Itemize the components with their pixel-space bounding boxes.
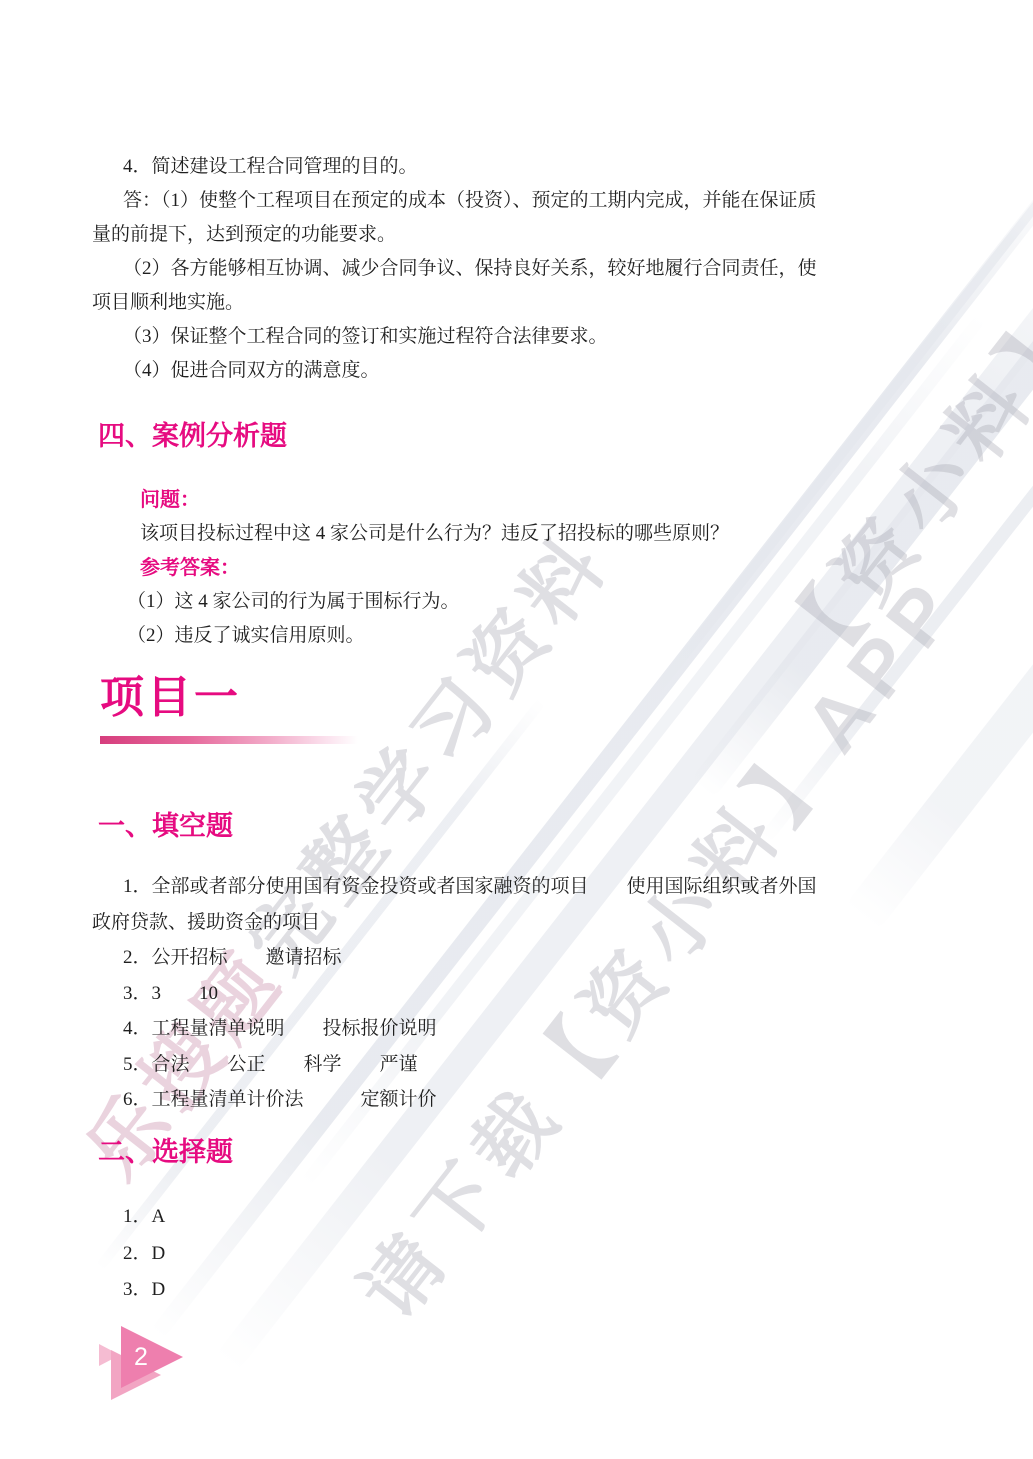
answer-line: 4．工程量清单说明 投标报价说明 xyxy=(92,1011,952,1047)
answer-line: 3．D xyxy=(92,1272,492,1309)
page-number: 2 xyxy=(124,1342,158,1372)
text-line: 项目顺利地实施。 xyxy=(92,286,952,320)
text-line: （3）保证整个工程合同的签订和实施过程符合法律要求。 xyxy=(92,320,952,354)
chapter-underline-bar xyxy=(100,736,358,744)
answer-line: 6．工程量清单计价法 定额计价 xyxy=(92,1082,952,1118)
question-text: 该项目投标过程中这 4 家公司是什么行为？违反了招投标的哪些原则？ xyxy=(140,517,952,551)
section-title-case-analysis: 四、案例分析题 xyxy=(98,416,287,456)
text-line: （2）各方能够相互协调、减少合同争议、保持良好关系，较好地履行合同责任，使 xyxy=(92,252,952,286)
text-line: （4）促进合同双方的满意度。 xyxy=(92,354,952,388)
answer-line: 5．合法 公正 科学 严谨 xyxy=(92,1047,952,1083)
chapter-heading: 项目一 xyxy=(100,672,358,744)
answer-line: 1．A xyxy=(92,1199,492,1236)
answer-line: 1．全部或者部分使用国有资金投资或者国家融资的项目 使用国际组织或者外国 xyxy=(92,869,952,905)
question-label: 问题： xyxy=(140,483,952,517)
answer-line: 政府贷款、援助资金的项目 xyxy=(92,905,952,941)
document-page: 乐搜题完整学习资料 请下载【资小料】APP 【资小料】APP 4．简述建设工程合… xyxy=(0,0,1033,1459)
section-title-choice: 二、选择题 xyxy=(98,1132,233,1172)
text-line: 4．简述建设工程合同管理的目的。 xyxy=(92,150,952,184)
section-title-fill-blank: 一、填空题 xyxy=(98,806,233,846)
text-line: 答：（1）使整个工程项目在预定的成本（投资）、预定的工期内完成，并能在保证质 xyxy=(92,184,952,218)
answer-line: （1）这 4 家公司的行为属于围标行为。 xyxy=(127,585,952,619)
answer-line: 2．D xyxy=(92,1236,492,1273)
answer-label: 参考答案： xyxy=(140,551,952,585)
fill-blank-answers: 1．全部或者部分使用国有资金投资或者国家融资的项目 使用国际组织或者外国 政府贷… xyxy=(92,869,952,1118)
answer-line: 2．公开招标 邀请招标 xyxy=(92,940,952,976)
text-line: 量的前提下，达到预定的功能要求。 xyxy=(92,218,952,252)
case-analysis-body: 问题： 该项目投标过程中这 4 家公司是什么行为？违反了招投标的哪些原则？ 参考… xyxy=(140,483,952,653)
short-answer-block: 4．简述建设工程合同管理的目的。 答：（1）使整个工程项目在预定的成本（投资）、… xyxy=(92,150,952,388)
chapter-title: 项目一 xyxy=(100,672,358,724)
answer-line: 3．3 10 xyxy=(92,976,952,1012)
answer-line: （2）违反了诚实信用原则。 xyxy=(127,619,952,653)
choice-answers: 1．A 2．D 3．D xyxy=(92,1199,492,1309)
